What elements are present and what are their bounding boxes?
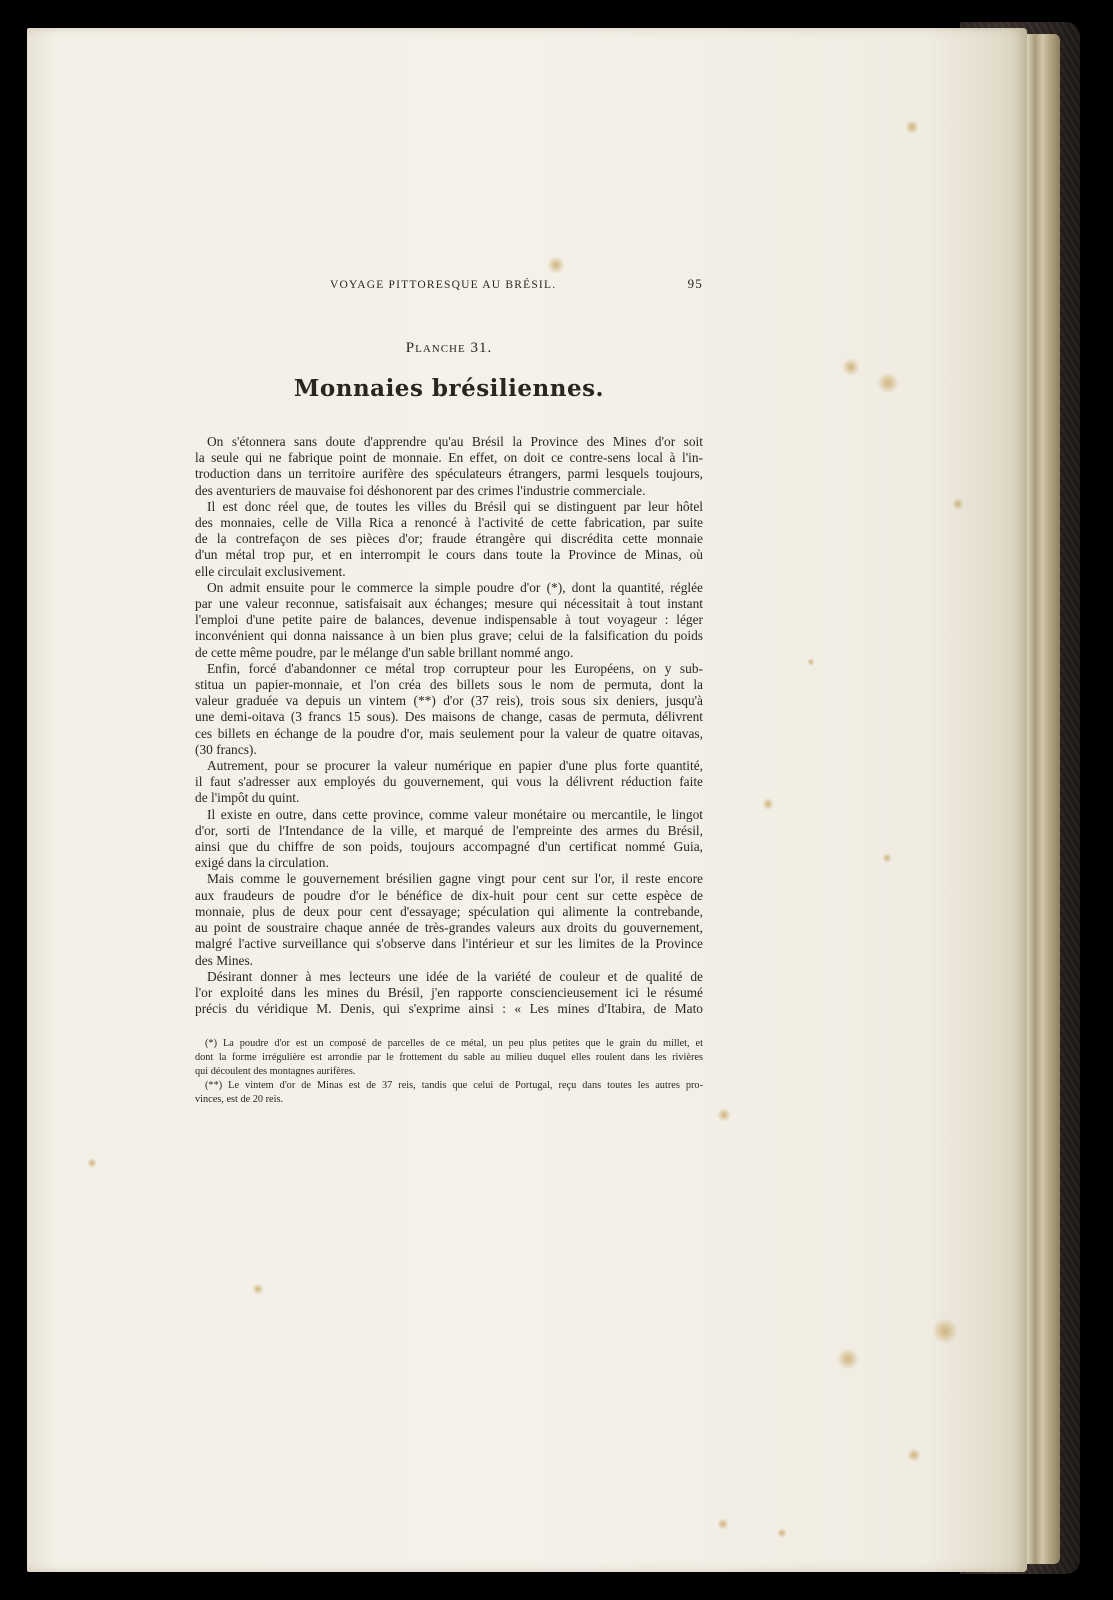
foxing-spot [932, 1318, 958, 1344]
running-head: VOYAGE PITTORESQUE AU BRÉSIL. 95 [195, 276, 703, 296]
text-line: une demi-oitava (3 francs 15 sous). Des … [195, 709, 703, 725]
text-line: ainsi que du chiffre de son poids, toujo… [195, 839, 703, 855]
text-block: VOYAGE PITTORESQUE AU BRÉSIL. 95 Planche… [195, 276, 703, 1106]
text-line: des monnaies, celle de Villa Rica a reno… [195, 515, 703, 531]
text-line: Mais comme le gouvernement brésilien gag… [195, 871, 703, 887]
foxing-spot [807, 658, 815, 666]
paragraph: Désirant donner à mes lecteurs une idée … [195, 969, 703, 1018]
foxing-spot [837, 1348, 859, 1370]
paragraph: Autrement, pour se procurer la valeur nu… [195, 758, 703, 807]
paragraph: On s'étonnera sans doute d'apprendre qu'… [195, 434, 703, 499]
text-line: elle circulait exclusivement. [195, 564, 703, 580]
text-line: Il existe en outre, dans cette province,… [195, 807, 703, 823]
text-line: On s'étonnera sans doute d'apprendre qu'… [195, 434, 703, 450]
plate-label: Planche 31. [195, 340, 703, 357]
footnote: (**) Le vintem d'or de Minas est de 37 r… [195, 1079, 703, 1107]
foxing-spot [882, 853, 892, 863]
footnote-line: dont la forme irrégulière est arrondie p… [195, 1051, 703, 1065]
text-line: d'or, sorti de l'Intendance de la ville,… [195, 823, 703, 839]
footnote: (*) La poudre d'or est un composé de par… [195, 1037, 703, 1078]
text-line: malgré l'active surveillance qui s'obser… [195, 936, 703, 952]
paragraph: Enfin, forcé d'abandonner ce métal trop … [195, 661, 703, 758]
text-line: (30 francs). [195, 742, 703, 758]
text-line: Autrement, pour se procurer la valeur nu… [195, 758, 703, 774]
text-line: aux fraudeurs de poudre d'or le bénéfice… [195, 888, 703, 904]
text-line: troduction dans un territoire aurifère d… [195, 466, 703, 482]
text-line: ces billets en échange de la poudre d'or… [195, 726, 703, 742]
foxing-spot [877, 372, 899, 394]
text-line: de cette même poudre, par le mélange d'u… [195, 645, 703, 661]
text-line: On admit ensuite pour le commerce la sim… [195, 580, 703, 596]
footnote-line: (*) La poudre d'or est un composé de par… [195, 1037, 703, 1051]
foxing-spot [842, 358, 860, 376]
text-line: stitua un papier-monnaie, et l'on créa d… [195, 677, 703, 693]
text-line: inconvénient qui donna naissance à un bi… [195, 628, 703, 644]
text-line: Désirant donner à mes lecteurs une idée … [195, 969, 703, 985]
foxing-spot [905, 120, 919, 134]
text-line: monnaie, plus de deux pour cent d'essaya… [195, 904, 703, 920]
foxing-spot [87, 1158, 97, 1168]
text-line: exigé dans la circulation. [195, 855, 703, 871]
foxing-spot [952, 498, 964, 510]
footnote-line: vinces, est de 20 reis. [195, 1093, 703, 1107]
text-line: des aventuriers de mauvaise foi déshonor… [195, 483, 703, 499]
body-text: On s'étonnera sans doute d'apprendre qu'… [195, 434, 703, 1017]
text-line: l'or exploité dans les mines du Brésil, … [195, 985, 703, 1001]
text-line: de l'impôt du quint. [195, 790, 703, 806]
text-line: il faut s'adresser aux employés du gouve… [195, 774, 703, 790]
text-line: des Mines. [195, 953, 703, 969]
text-line: valeur graduée va depuis un vintem (**) … [195, 693, 703, 709]
footnote-line: (**) Le vintem d'or de Minas est de 37 r… [195, 1079, 703, 1093]
text-line: l'emploi d'une petite paire de balances,… [195, 612, 703, 628]
running-head-title: VOYAGE PITTORESQUE AU BRÉSIL. [330, 279, 556, 291]
footnotes: (*) La poudre d'or est un composé de par… [195, 1037, 703, 1106]
paragraph: Il existe en outre, dans cette province,… [195, 807, 703, 872]
foxing-spot [547, 256, 565, 274]
text-line: Enfin, forcé d'abandonner ce métal trop … [195, 661, 703, 677]
foxing-spot [907, 1448, 921, 1462]
chapter-title: Monnaies brésiliennes. [195, 375, 703, 402]
text-line: par une valeur reconnue, satisfaisait au… [195, 596, 703, 612]
paragraph: Mais comme le gouvernement brésilien gag… [195, 871, 703, 968]
text-line: au point de soustraire chaque année de t… [195, 920, 703, 936]
foxing-spot [777, 1528, 787, 1538]
page-number: 95 [688, 276, 703, 292]
foxing-spot [717, 1108, 731, 1122]
text-line: de la contrefaçon de ses pièces d'or; fr… [195, 531, 703, 547]
text-line: Il est donc réel que, de toutes les vill… [195, 499, 703, 515]
text-line: la seule qui ne fabrique point de monnai… [195, 450, 703, 466]
paragraph: On admit ensuite pour le commerce la sim… [195, 580, 703, 661]
foxing-spot [717, 1518, 729, 1530]
footnote-line: qui découlent des montagnes aurifères. [195, 1065, 703, 1079]
text-line: d'un métal trop pur, et en interrompit l… [195, 547, 703, 563]
foxing-spot [252, 1283, 264, 1295]
foxing-spot [762, 798, 774, 810]
paragraph: Il est donc réel que, de toutes les vill… [195, 499, 703, 580]
text-line: précis du véridique M. Denis, qui s'expr… [195, 1001, 703, 1017]
